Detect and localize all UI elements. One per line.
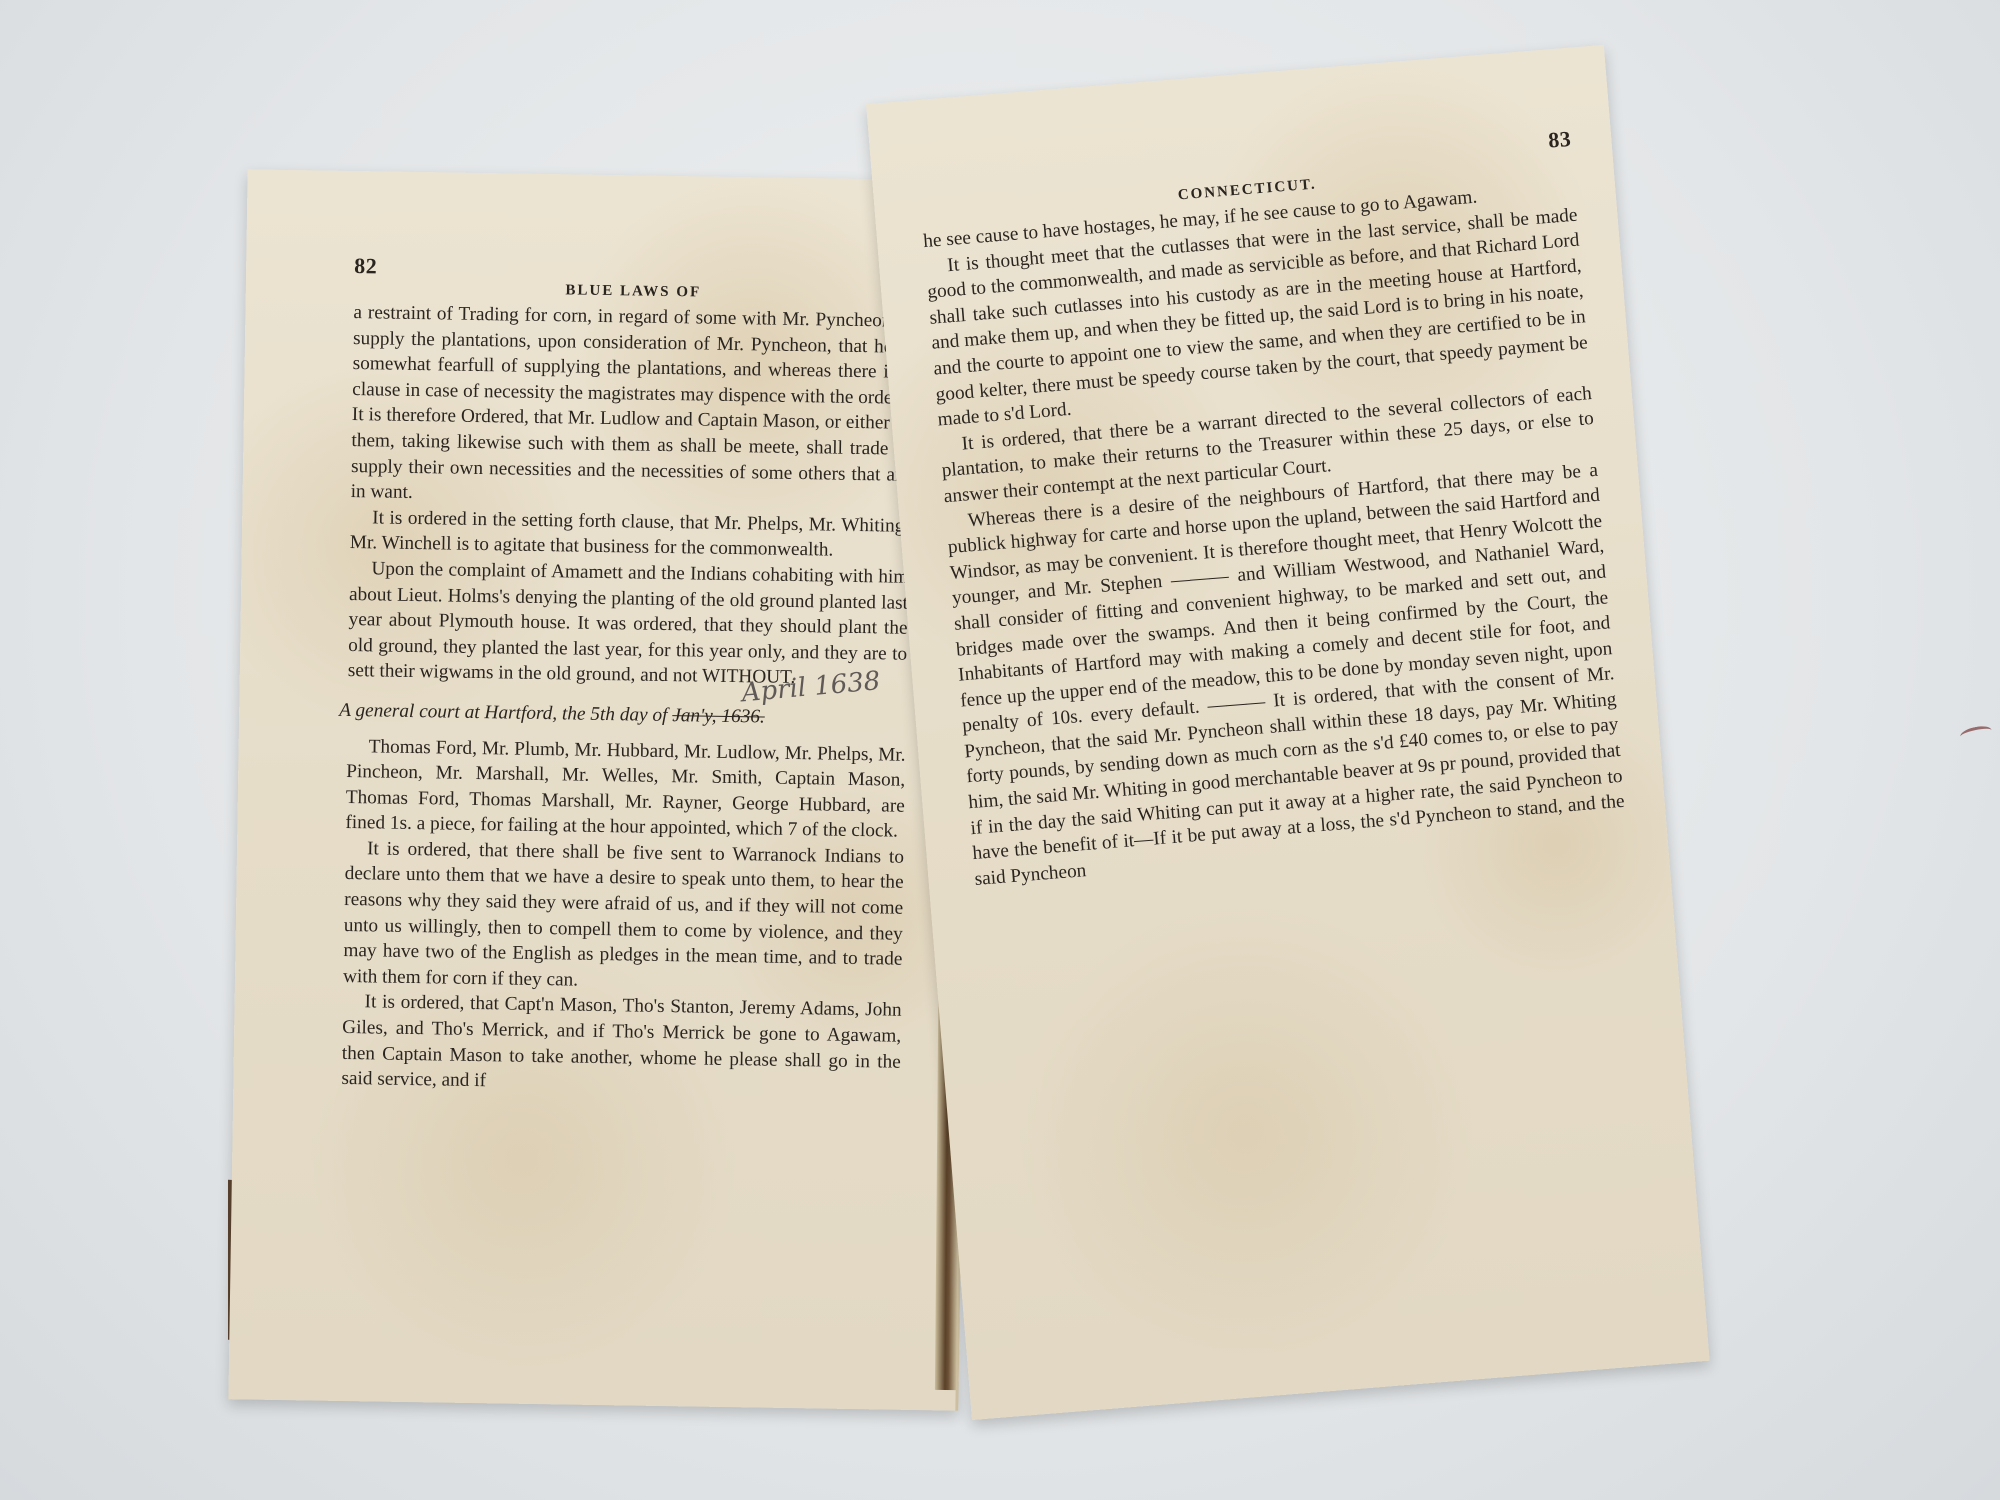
left-page: 82 BLUE LAWS OF a restraint of Trading f…	[228, 169, 977, 1410]
right-page-text: he see cause to have hostages, he may, i…	[922, 177, 1627, 893]
court-heading: A general court at Hartford, the 5th day…	[339, 698, 906, 732]
open-book: 82 BLUE LAWS OF a restraint of Trading f…	[0, 0, 2000, 1500]
right-page: 83 CONNECTICUT. he see cause to have hos…	[866, 45, 1709, 1420]
page-number-right: 83	[1547, 126, 1572, 154]
page-number-left: 82	[354, 253, 377, 279]
paragraph: a restraint of Trading for corn, in rega…	[350, 300, 912, 514]
left-page-text: a restraint of Trading for corn, in rega…	[341, 300, 912, 1100]
paragraph: Thomas Ford, Mr. Plumb, Mr. Hubbard, Mr.…	[345, 733, 906, 844]
paragraph: It is ordered in the setting forth claus…	[350, 505, 910, 565]
paragraph: Whereas there is a desire of the neighbo…	[945, 457, 1628, 892]
paragraph: It is ordered, that Capt'n Mason, Tho's …	[341, 989, 902, 1100]
struck-date: Jan'y, 1636.	[672, 705, 765, 727]
paragraph: It is ordered, that there shall be five …	[343, 836, 904, 998]
court-heading-text: A general court at Hartford, the 5th day…	[339, 700, 668, 726]
